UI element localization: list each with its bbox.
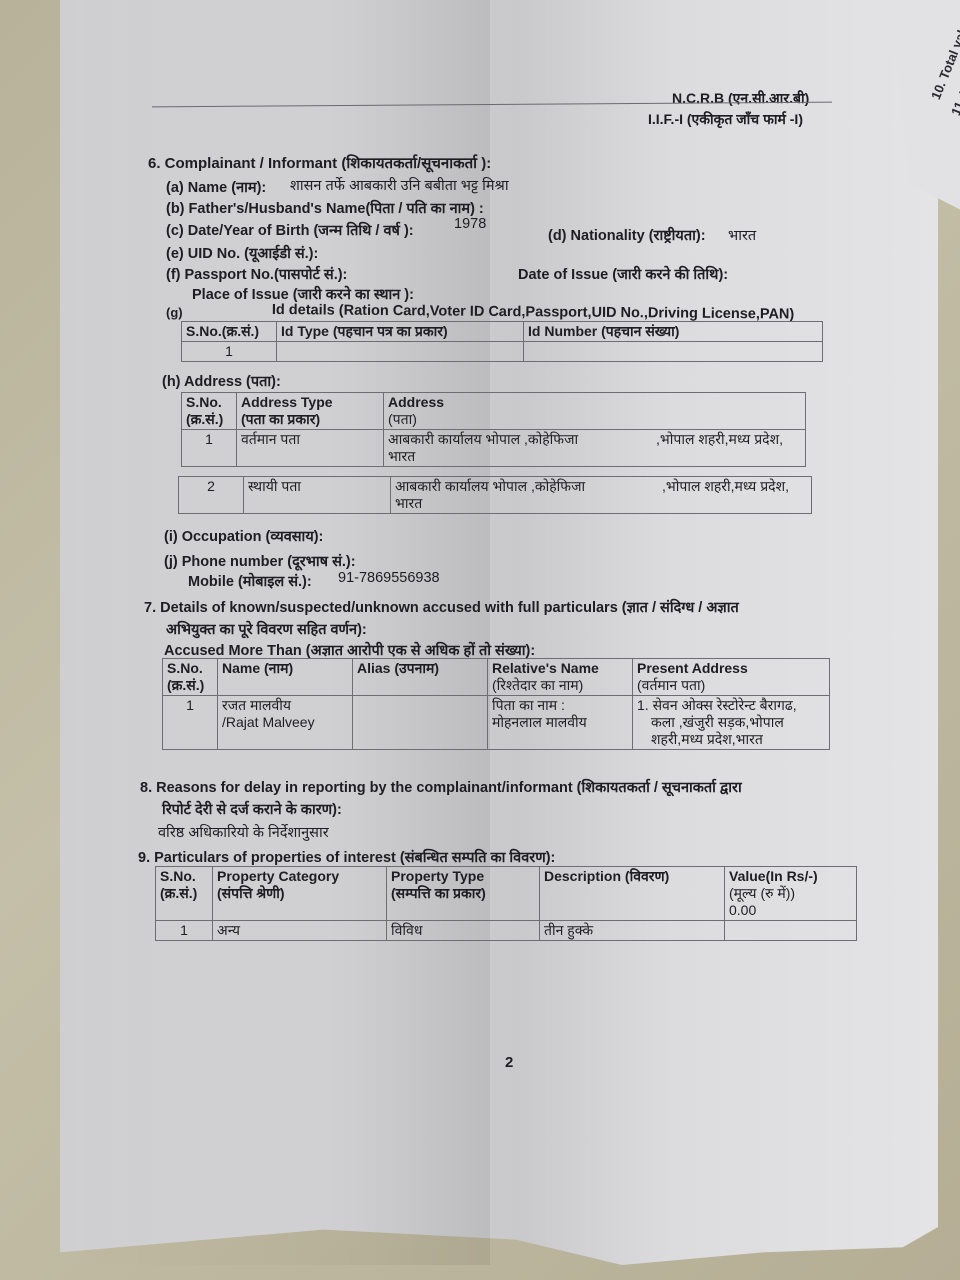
id-details-table: S.No.(क्र.सं.) Id Type (पहचान पत्र का प्… xyxy=(181,321,823,362)
section-9-title: 9. Particulars of properties of interest… xyxy=(138,847,555,867)
cell-value-empty xyxy=(725,921,857,941)
complainant-name-label: (a) Name (नाम): xyxy=(166,177,266,197)
col-sno-hi: (क्र.सं.) xyxy=(186,411,232,428)
col-address-hi: (वर्तमान पता) xyxy=(637,677,825,694)
id-details-title: Id details (Ration Card,Voter ID Card,Pa… xyxy=(272,302,794,323)
nationality-value: भारत xyxy=(728,225,756,245)
dob-label: (c) Date/Year of Birth (जन्म तिथि / वर्ष… xyxy=(166,220,414,240)
col-property-type: Property Type(सम्पत्ति का प्रकार) xyxy=(387,867,540,921)
col-address: Address(पता) xyxy=(384,393,806,430)
section-8-title: 8. Reasons for delay in reporting by the… xyxy=(140,777,742,797)
cell-type: विविध xyxy=(387,921,540,941)
mobile-value: 91-7869556938 xyxy=(338,570,440,586)
form-content: N.C.R.B (एन.सी.आर.बी) I.I.F.-I (एकीकृत ज… xyxy=(0,0,960,1280)
cell-category: अन्य xyxy=(213,921,387,941)
header-org: N.C.R.B (एन.सी.आर.बी) xyxy=(672,89,809,108)
cell-alias xyxy=(353,696,488,750)
col-address-en: Address xyxy=(388,394,801,411)
cell-name: रजत मालवीय/Rajat Malveey xyxy=(218,696,353,750)
complainant-name-value: शासन तर्फे आबकारी उनि बबीता भट्ट मिश्रा xyxy=(290,175,509,195)
col-sno-en: S.No. xyxy=(167,660,213,677)
page-number: 2 xyxy=(505,1054,513,1071)
uid-label: (e) UID No. (यूआईडी सं.): xyxy=(166,243,318,263)
address-title: (h) Address (पता): xyxy=(162,371,281,391)
passport-label: (f) Passport No.(पासपोर्ट सं.): xyxy=(166,264,347,284)
date-of-issue-label: Date of Issue (जारी करने की तिथि): xyxy=(518,264,728,284)
accused-table: S.No.(क्र.सं.) Name (नाम) Alias (उपनाम) … xyxy=(162,658,830,750)
section-7-title: 7. Details of known/suspected/unknown ac… xyxy=(144,597,739,617)
section-8-title-hi: रिपोर्ट देरी से दर्ज कराने के कारण): xyxy=(162,799,342,819)
property-value: 0.00 xyxy=(729,902,852,919)
id-details-marker: (g) xyxy=(166,305,183,320)
col-address-en: Present Address xyxy=(637,660,825,677)
address-line-2: कला ,खंजुरी सड़क,भोपाल xyxy=(637,714,825,731)
table-header-row: S.No.(क्र.सं.) Name (नाम) Alias (उपनाम) … xyxy=(163,659,830,696)
col-id-type: Id Type (पहचान पत्र का प्रकार) xyxy=(277,322,524,342)
address-line-cont: ,भोपाल शहरी,मध्य प्रदेश, xyxy=(662,478,807,495)
col-address-hi: (पता) xyxy=(388,411,801,428)
col-category-en: Property Category xyxy=(217,868,382,885)
col-address-type-en: Address Type xyxy=(241,394,379,411)
accused-name-hi: रजत मालवीय xyxy=(222,697,348,714)
father-name-label: (b) Father's/Husband's Name(पिता / पति क… xyxy=(166,198,484,218)
address-table: S.No.(क्र.सं.) Address Type(पता का प्रका… xyxy=(181,392,806,467)
col-relative-en: Relative's Name xyxy=(492,660,628,677)
cell-address-type: वर्तमान पता xyxy=(237,430,384,467)
col-description: Description (विवरण) xyxy=(540,867,725,921)
address-line-1: 1. सेवन ओक्स रेस्टोरेन्ट बैरागढ, xyxy=(637,697,825,714)
col-type-hi: (सम्पत्ति का प्रकार) xyxy=(391,885,535,902)
cell-sno: 1 xyxy=(156,921,213,941)
cell-address-type: स्थायी पता xyxy=(244,477,391,514)
col-sno-hi: (क्र.सं.) xyxy=(167,677,213,694)
col-relative-hi: (रिश्तेदार का नाम) xyxy=(492,677,628,694)
place-of-issue-label: Place of Issue (जारी करने का स्थान ): xyxy=(192,284,414,304)
dob-value: 1978 xyxy=(454,216,486,232)
col-value: Value(In Rs/-)(मूल्य (रु में))0.00 xyxy=(725,867,857,921)
address-table-row-2: 2 स्थायी पता आबकारी कार्यालय भोपाल ,कोहे… xyxy=(178,476,812,514)
mobile-label: Mobile (मोबाइल सं.): xyxy=(188,571,312,591)
col-sno: S.No.(क्र.सं.) xyxy=(182,322,277,342)
delay-reason-value: वरिष्ठ अधिकारियो के निर्देशानुसार xyxy=(158,822,329,842)
col-relative-name: Relative's Name(रिश्तेदार का नाम) xyxy=(488,659,633,696)
relative-name: मोहनलाल मालवीय xyxy=(492,714,628,731)
col-sno: S.No.(क्र.सं.) xyxy=(156,867,213,921)
col-present-address: Present Address(वर्तमान पता) xyxy=(633,659,830,696)
table-row: 1 अन्य विविध तीन हुक्के xyxy=(156,921,857,941)
table-row: 1 रजत मालवीय/Rajat Malveey पिता का नाम :… xyxy=(163,696,830,750)
accused-name-en: /Rajat Malveey xyxy=(222,714,348,731)
col-name: Name (नाम) xyxy=(218,659,353,696)
cell-address: आबकारी कार्यालय भोपाल ,कोहेफिजा,भोपाल शह… xyxy=(384,430,806,467)
section-7-title-hi: अभियुक्त का पूरे विवरण सहित वर्णन): xyxy=(166,619,367,639)
occupation-label: (i) Occupation (व्यवसाय): xyxy=(164,526,323,546)
phone-label: (j) Phone number (दूरभाष सं.): xyxy=(164,551,356,571)
col-value-en: Value(In Rs/-) xyxy=(729,868,852,885)
cell-sno: 1 xyxy=(182,430,237,467)
table-header-row: S.No.(क्र.सं.) Address Type(पता का प्रका… xyxy=(182,393,806,430)
col-category-hi: (संपत्ति श्रेणी) xyxy=(217,885,382,902)
table-row: 2 स्थायी पता आबकारी कार्यालय भोपाल ,कोहे… xyxy=(179,477,812,514)
accused-more-than-label: Accused More Than (अज्ञात आरोपी एक से अध… xyxy=(164,640,535,660)
section-6-title: 6. Complainant / Informant (शिकायतकर्ता/… xyxy=(148,153,491,173)
col-alias: Alias (उपनाम) xyxy=(353,659,488,696)
col-value-hi: (मूल्य (रु में)) xyxy=(729,885,852,902)
col-property-category: Property Category(संपत्ति श्रेणी) xyxy=(213,867,387,921)
cell-sno: 1 xyxy=(182,342,277,362)
nationality-label: (d) Nationality (राष्ट्रीयता): xyxy=(548,225,706,245)
col-type-en: Property Type xyxy=(391,868,535,885)
table-header-row: S.No.(क्र.सं.) Id Type (पहचान पत्र का प्… xyxy=(182,322,823,342)
col-sno-en: S.No. xyxy=(186,394,232,411)
cell-sno: 1 xyxy=(163,696,218,750)
address-line: आबकारी कार्यालय भोपाल ,कोहेफिजा xyxy=(395,478,585,495)
address-line: आबकारी कार्यालय भोपाल ,कोहेफिजा xyxy=(388,431,578,448)
address-country: भारत xyxy=(388,448,801,465)
col-address-type: Address Type(पता का प्रकार) xyxy=(237,393,384,430)
header-form-id: I.I.F.-I (एकीकृत जाँच फार्म -I) xyxy=(648,110,803,129)
table-row: 1 वर्तमान पता आबकारी कार्यालय भोपाल ,कोह… xyxy=(182,430,806,467)
address-country: भारत xyxy=(395,495,807,512)
cell-sno: 2 xyxy=(179,477,244,514)
properties-table: S.No.(क्र.सं.) Property Category(संपत्ति… xyxy=(155,866,857,941)
col-address-type-hi: (पता का प्रकार) xyxy=(241,411,379,428)
col-id-number: Id Number (पहचान संख्या) xyxy=(524,322,823,342)
cell-relative: पिता का नाम :मोहनलाल मालवीय xyxy=(488,696,633,750)
cell-present-address: 1. सेवन ओक्स रेस्टोरेन्ट बैरागढ,कला ,खंज… xyxy=(633,696,830,750)
col-sno: S.No.(क्र.सं.) xyxy=(182,393,237,430)
cell-description: तीन हुक्के xyxy=(540,921,725,941)
cell-address: आबकारी कार्यालय भोपाल ,कोहेफिजा,भोपाल शह… xyxy=(391,477,812,514)
address-line-3: शहरी,मध्य प्रदेश,भारत xyxy=(637,731,825,748)
relative-label: पिता का नाम : xyxy=(492,697,628,714)
address-line-cont: ,भोपाल शहरी,मध्य प्रदेश, xyxy=(656,431,801,448)
col-sno: S.No.(क्र.सं.) xyxy=(163,659,218,696)
table-header-row: S.No.(क्र.सं.) Property Category(संपत्ति… xyxy=(156,867,857,921)
cell-id-number xyxy=(524,342,823,362)
col-sno-en: S.No. xyxy=(160,868,208,885)
cell-id-type xyxy=(277,342,524,362)
col-sno-hi: (क्र.सं.) xyxy=(160,885,208,902)
table-row: 1 xyxy=(182,342,823,362)
